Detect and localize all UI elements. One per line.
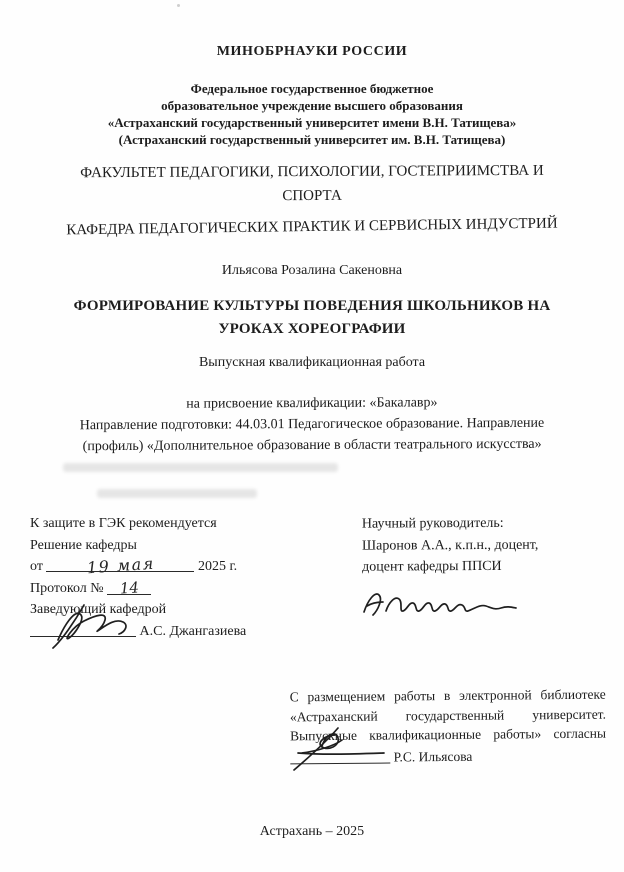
institution-line: Федеральное государственное бюджетное	[0, 80, 624, 97]
handwritten-protocol-number: 14	[119, 577, 140, 600]
qualification-line: Направление подготовки: 44.03.01 Педагог…	[20, 412, 604, 436]
protocol-line: Протокол № 14	[30, 578, 330, 600]
approval-date-line: от 19 мая 2025 г.	[30, 556, 330, 578]
handwritten-date: 19 мая	[86, 553, 155, 579]
scan-speck	[177, 4, 180, 7]
work-type: Выпускная квалификационная работа	[0, 355, 624, 371]
scanned-thesis-title-page: МИНОБРНАУКИ РОССИИ Федеральное государст…	[0, 0, 624, 872]
qualification-line: на присвоение квалификации: «Бакалавр»	[20, 391, 604, 415]
qualification-line: (профиль) «Дополнительное образование в …	[20, 433, 604, 457]
supervisor-signature	[358, 582, 523, 620]
department-heading: КАФЕДРА ПЕДАГОГИЧЕСКИХ ПРАКТИК И СЕРВИСН…	[0, 215, 624, 241]
approval-decision: Решение кафедры	[30, 535, 330, 557]
protocol-blank: 14	[107, 579, 151, 595]
date-suffix: 2025 г.	[198, 559, 237, 574]
faculty-heading: ФАКУЛЬТЕТ ПЕДАГОГИКИ, ПСИХОЛОГИИ, ГОСТЕП…	[0, 158, 624, 209]
thesis-title-line: ФОРМИРОВАНИЕ КУЛЬТУРЫ ПОВЕДЕНИЯ ШКОЛЬНИК…	[0, 295, 624, 318]
institution-line: «Астраханский государственный университе…	[0, 114, 624, 131]
supervisor-block: Научный руководитель: Шаронов А.А., к.п.…	[362, 512, 602, 578]
ministry-heading: МИНОБРНАУКИ РОССИИ	[0, 44, 624, 60]
supervisor-label: Научный руководитель:	[362, 512, 602, 535]
qualification-block: на присвоение квалификации: «Бакалавр» Н…	[0, 391, 624, 457]
thesis-title: ФОРМИРОВАНИЕ КУЛЬТУРЫ ПОВЕДЕНИЯ ШКОЛЬНИК…	[0, 295, 624, 341]
institution-block: Федеральное государственное бюджетное об…	[0, 80, 624, 148]
head-of-department-signature	[48, 600, 168, 650]
approval-recommendation: К защите в ГЭК рекомендуется	[30, 513, 330, 535]
thesis-title-line: УРОКАХ ХОРЕОГРАФИИ	[0, 318, 624, 341]
author-name: Ильясова Розалина Сакеновна	[0, 263, 624, 279]
supervisor-name: Шаронов А.А., к.п.н., доцент,	[362, 534, 602, 557]
author-consent-signature	[290, 724, 400, 772]
institution-line: образовательное учреждение высшего образ…	[0, 97, 624, 114]
institution-line: (Астраханский государственный университе…	[0, 131, 624, 148]
bleedthrough-line	[97, 489, 257, 498]
city-year: Астрахань – 2025	[0, 824, 624, 840]
bleedthrough-line	[63, 463, 338, 472]
library-consent-line: С размещением работы в электронной библи…	[290, 685, 606, 707]
date-prefix: от	[30, 559, 43, 574]
supervisor-position: доцент кафедры ППСИ	[362, 555, 602, 578]
protocol-prefix: Протокол №	[30, 581, 104, 596]
date-blank: 19 мая	[46, 556, 194, 572]
library-signer-name: Р.С. Ильясова	[394, 748, 473, 764]
